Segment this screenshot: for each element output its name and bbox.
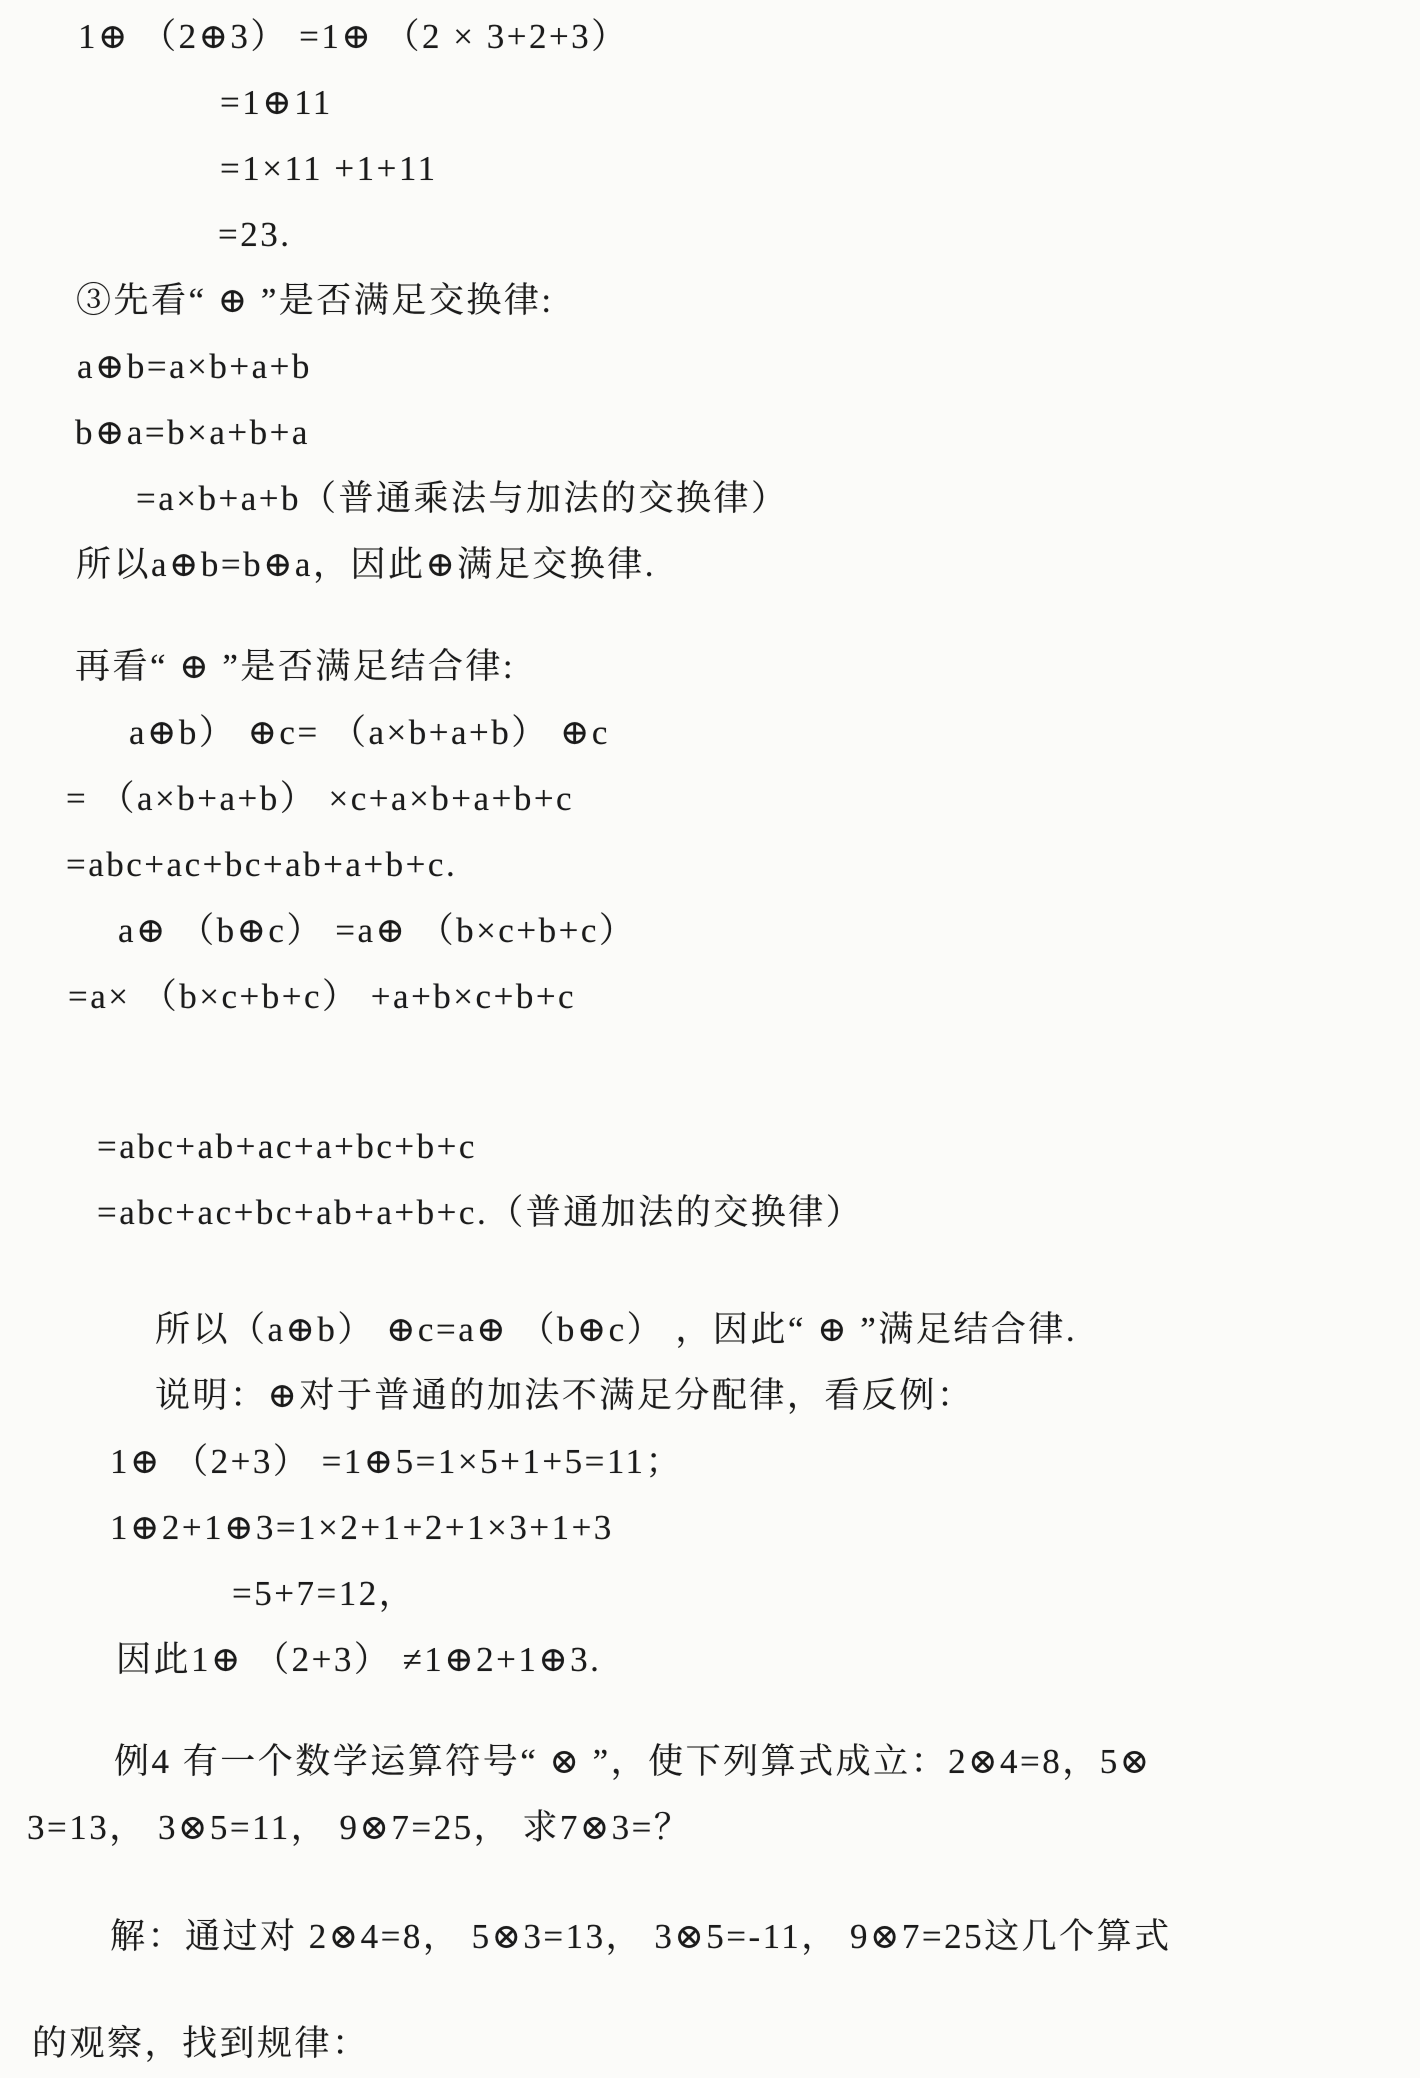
document-text-block: 1⊕ （2⊕3） =1⊕ （2 × 3+2+3）=1⊕11=1×11 +1+11… <box>0 4 1420 2077</box>
text-line: 1⊕2+1⊕3=1×2+1+2+1×3+1+3 <box>110 1495 1420 1561</box>
text-line: =1×11 +1+11 <box>220 136 1420 202</box>
text-line: 3=13， 3⊗5=11， 9⊗7=25， 求7⊗3=？ <box>27 1795 1420 1861</box>
text-line: =23. <box>218 202 1420 268</box>
text-line: 因此1⊕ （2+3） ≠1⊕2+1⊕3. <box>116 1627 1420 1693</box>
text-line: 所以a⊕b=b⊕a，因此⊕满足交换律. <box>76 532 1420 598</box>
text-line: =1⊕11 <box>220 70 1420 136</box>
document-page: 1⊕ （2⊕3） =1⊕ （2 × 3+2+3）=1⊕11=1×11 +1+11… <box>0 0 1420 2078</box>
text-line: 所以（a⊕b） ⊕c=a⊕ （b⊕c） ，因此“ ⊕ ”满足结合律. <box>155 1297 1420 1363</box>
text-line: 1⊕ （2+3） =1⊕5=1×5+1+5=11； <box>110 1429 1420 1495</box>
text-line: 例4 有一个数学运算符号“ ⊗ ”，使下列算式成立：2⊗4=8，5⊗ <box>114 1729 1420 1795</box>
text-line: =abc+ab+ac+a+bc+b+c <box>97 1114 1420 1180</box>
text-line: 解：通过对 2⊗4=8， 5⊗3=13， 3⊗5=-11， 9⊗7=25这几个算… <box>110 1904 1420 1970</box>
text-line: =abc+ac+bc+ab+a+b+c.（普通加法的交换律） <box>97 1180 1420 1246</box>
text-line: b⊕a=b×a+b+a <box>75 400 1420 466</box>
text-line: 1⊕ （2⊕3） =1⊕ （2 × 3+2+3） <box>78 4 1420 70</box>
text-line: a⊕b=a×b+a+b <box>77 334 1420 400</box>
text-line: =a× （b×c+b+c） +a+b×c+b+c <box>68 964 1420 1030</box>
text-line: 再看“ ⊕ ”是否满足结合律: <box>75 634 1420 700</box>
text-line: =a×b+a+b（普通乘法与加法的交换律） <box>136 466 1420 532</box>
text-line: ③先看“ ⊕ ”是否满足交换律: <box>76 268 1420 334</box>
text-line: a⊕ （b⊕c） =a⊕ （b×c+b+c） <box>118 898 1420 964</box>
text-line: =abc+ac+bc+ab+a+b+c. <box>66 832 1420 898</box>
text-line: 说明：⊕对于普通的加法不满足分配律，看反例： <box>155 1363 1420 1429</box>
text-line: a⊕b） ⊕c= （a×b+a+b） ⊕c <box>129 700 1420 766</box>
text-line: = （a×b+a+b） ×c+a×b+a+b+c <box>66 766 1420 832</box>
text-line: 的观察，找到规律： <box>32 2011 1420 2077</box>
text-line: =5+7=12， <box>232 1561 1420 1627</box>
